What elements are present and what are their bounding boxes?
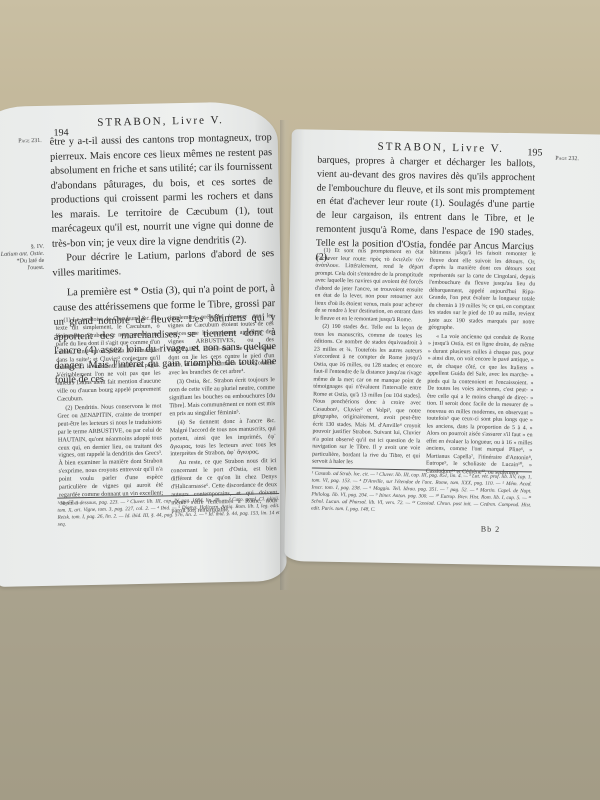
running-head-right: STRABON, Livre V. [377, 141, 504, 155]
note: (3) Ostia, &c. Strabon écrit toujours le… [169, 377, 276, 419]
note: bâtimens jusqu'à les faisoit remonter le… [428, 250, 535, 334]
note: (4) Se tiennent donc à l'ancre &c. Malgr… [170, 418, 277, 460]
open-book: STRABON, Livre V. 194 Page 231. §. IV. L… [0, 0, 600, 800]
notes-column-2-left: simplement prétendu énoncer que les vign… [167, 313, 277, 517]
note: (1) Le territoire de Cæcubum, &c. Le tex… [55, 316, 161, 405]
signature-mark: Bb 2 [481, 525, 500, 534]
body-paragraph: Pour décrire le Latium, parlons d'abord … [52, 247, 275, 281]
left-page: STRABON, Livre V. 194 Page 231. §. IV. L… [0, 101, 287, 587]
notes-column-1-left: (1) Le territoire de Cæcubum, &c. Le tex… [55, 316, 163, 510]
note: (1) Et sont mis promptement en état d'ac… [314, 248, 423, 325]
note: (2) 190 stades &c. Telle est la leçon de… [312, 324, 422, 468]
margin-section-sub2: *Du laté de l'ouest. [0, 258, 44, 273]
margin-page-ref-right: Page 232. [555, 156, 600, 164]
body-paragraph: être y a-t-il aussi des cantons trop mon… [50, 131, 274, 252]
note: simplement prétendu énoncer que les vign… [167, 313, 274, 378]
footnotes-left: ¹ Voyez ci-dessous, pag. 223. — ² Cluver… [57, 493, 280, 529]
margin-page-ref-left: Page 231. [0, 138, 42, 146]
note: (2) Dendritis. Nous conservons le mot Gr… [57, 403, 163, 508]
running-head-left: STRABON, Livre V. [97, 114, 224, 129]
notes-column-1-right: (1) Et sont mis promptement en état d'ac… [312, 248, 424, 469]
footnotes-right: ¹ Casaub. ad Strab. loc. cit. — ² Cluver… [311, 468, 532, 517]
note: « La voie ancienne qui conduit de Rome »… [426, 333, 534, 477]
right-page: STRABON, Livre V. 195 Page 232. barques,… [284, 129, 600, 567]
notes-column-2-right: bâtimens jusqu'à les faisoit remonter le… [426, 250, 536, 479]
